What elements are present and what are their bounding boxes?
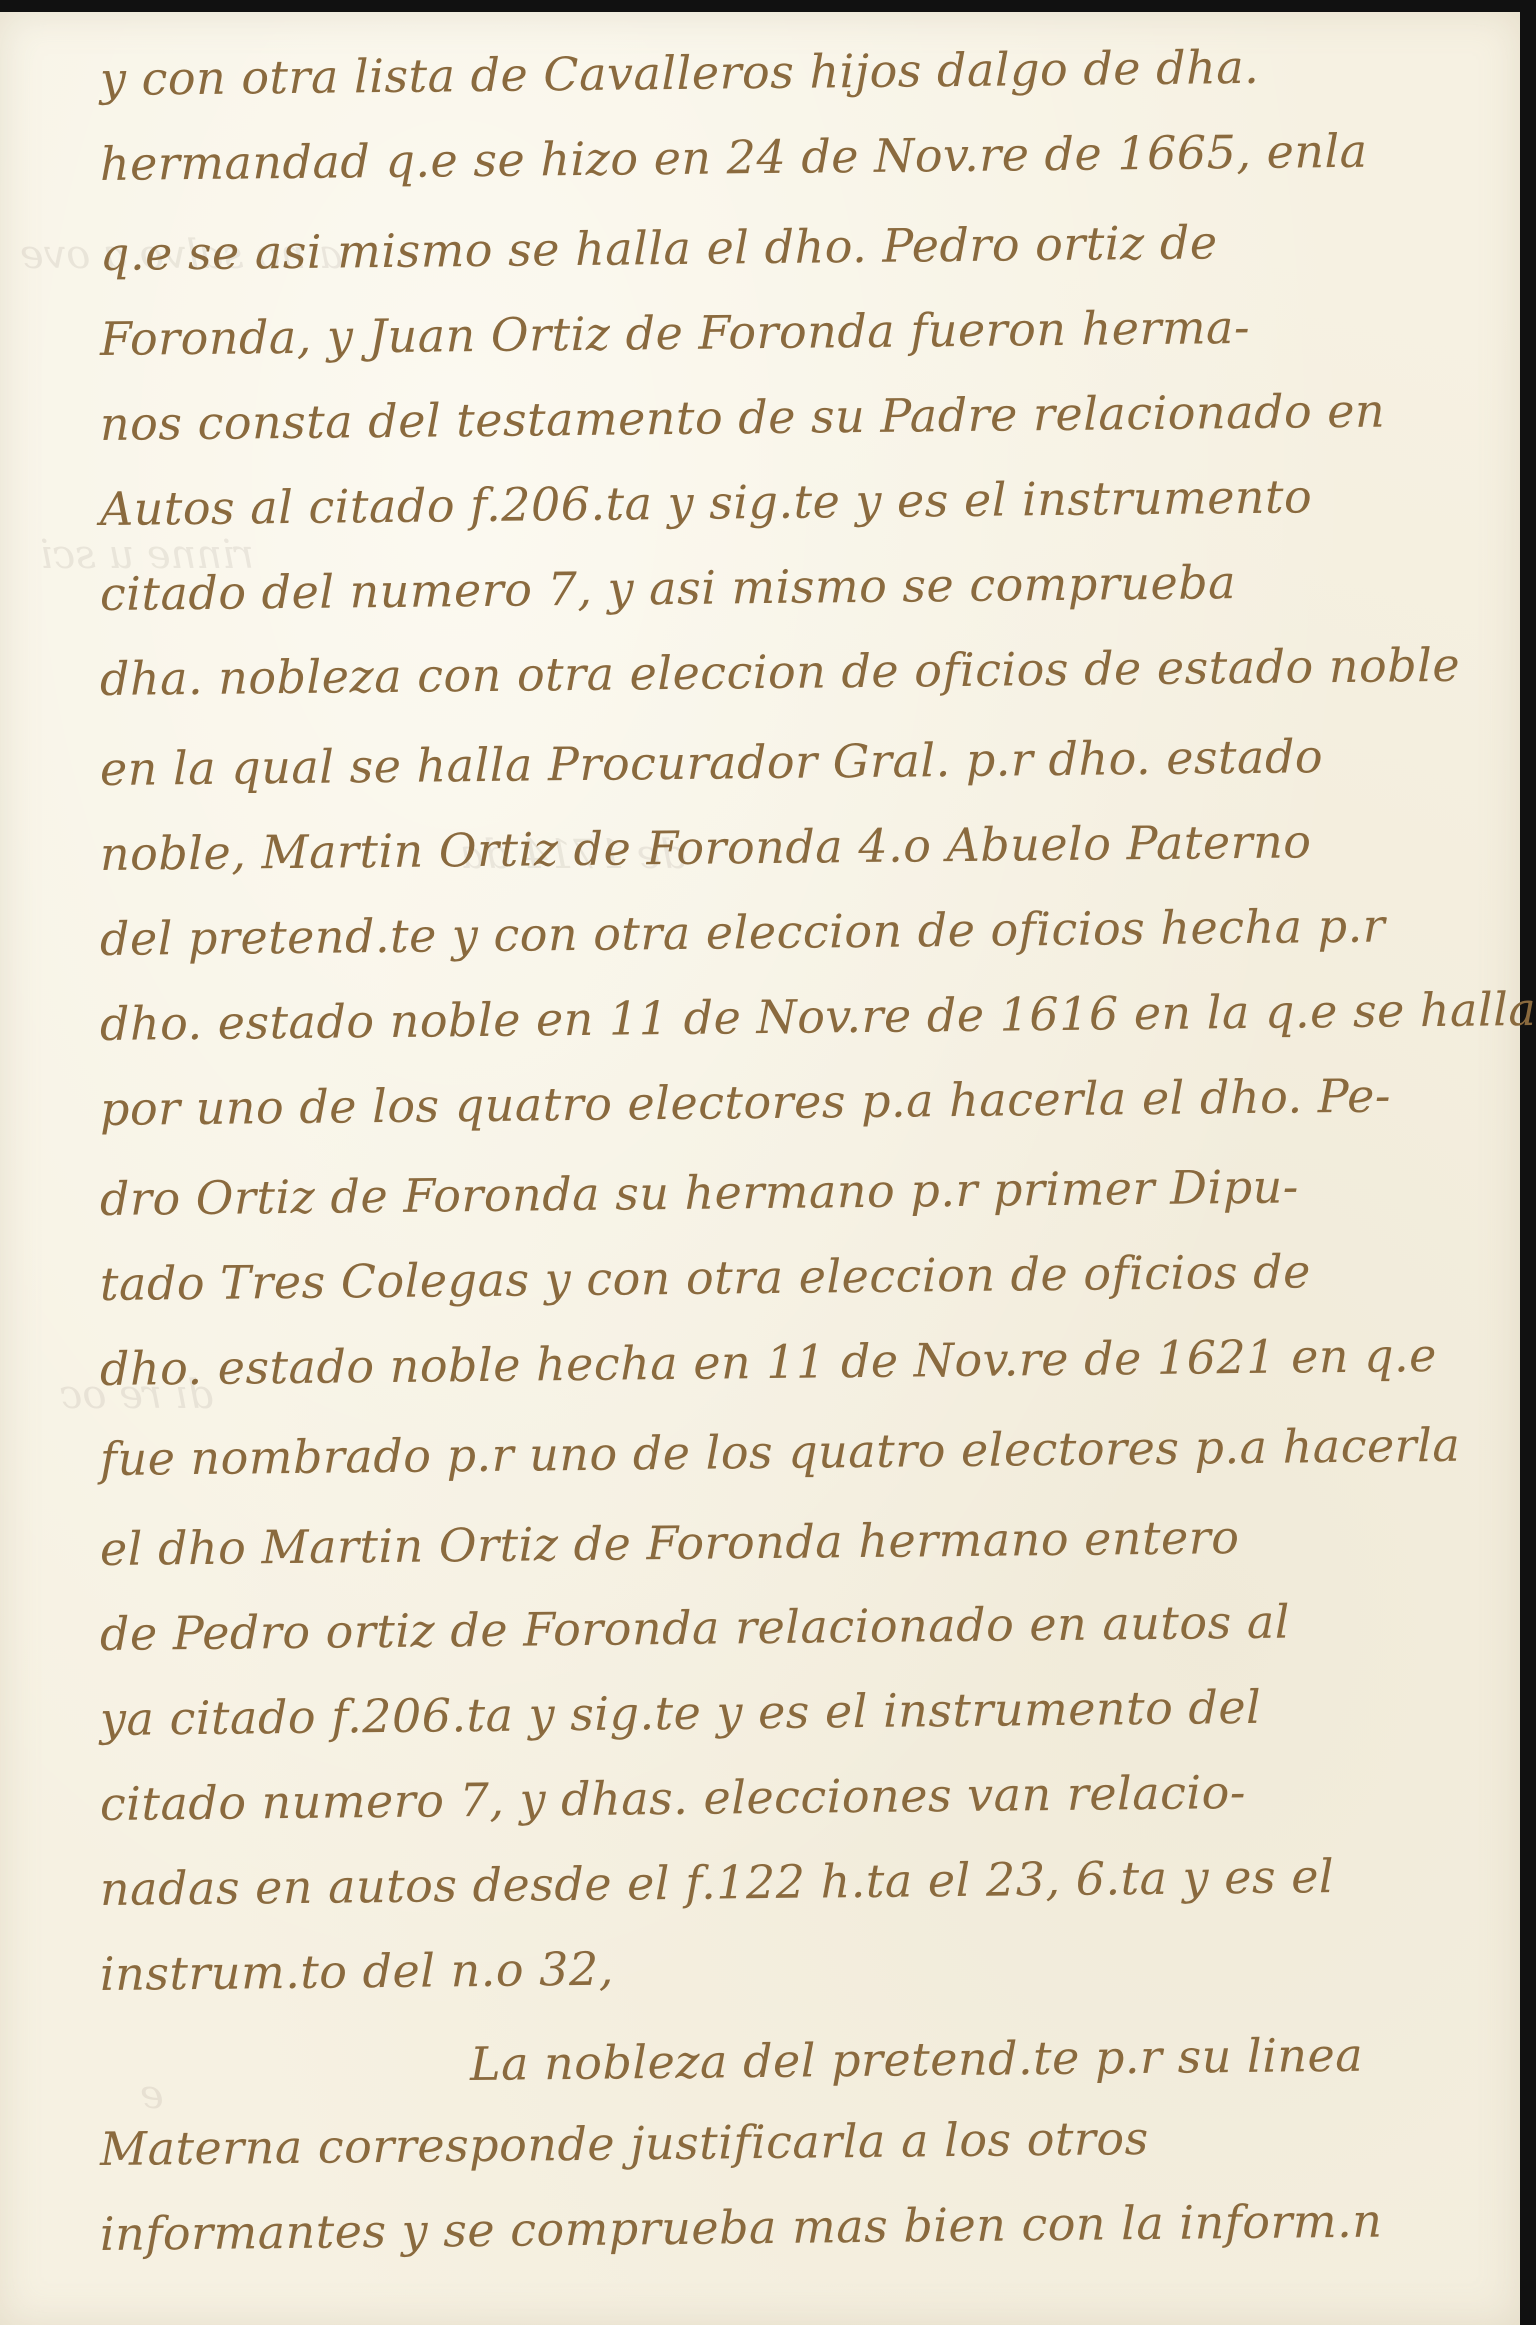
text-line-23: instrum.to del n.o 32, xyxy=(100,1942,614,2001)
text-line-1: y con otra lista de Cavalleros hijos dal… xyxy=(100,40,1260,106)
text-line-3: q.e se asi mismo se halla el dho. Pedro … xyxy=(100,215,1218,281)
text-line-25: Materna corresponde justificarla a los o… xyxy=(100,2111,1149,2176)
text-line-5: nos consta del testamento de su Padre re… xyxy=(100,384,1386,451)
text-line-7: citado del numero 7, y asi mismo se comp… xyxy=(100,555,1237,621)
text-line-9: en la qual se halla Procurador Gral. p.r… xyxy=(100,729,1324,796)
text-line-14: dro Ortiz de Foronda su hermano p.r prim… xyxy=(100,1159,1299,1226)
text-line-24: La nobleza del pretend.te p.r su linea xyxy=(470,2028,1364,2091)
text-line-19: de Pedro ortiz de Foronda relacionado en… xyxy=(100,1595,1290,1661)
text-line-12: dho. estado noble en 11 de Nov.re de 161… xyxy=(100,982,1536,1051)
text-line-4: Foronda, y Juan Ortiz de Foronda fueron … xyxy=(100,300,1251,366)
text-line-2: hermandad q.e se hizo en 24 de Nov.re de… xyxy=(100,124,1368,191)
text-line-13: por uno de los quatro electores p.a hace… xyxy=(100,1068,1391,1136)
manuscript-page: a no salvo a ove rinne u sci de 1714 da … xyxy=(0,12,1520,2325)
text-line-15: tado Tres Colegas y con otra eleccion de… xyxy=(100,1244,1311,1311)
text-line-22: nadas en autos desde el f.122 h.ta el 23… xyxy=(100,1849,1335,1916)
text-line-6: Autos al citado f.206.ta y sig.te y es e… xyxy=(100,469,1313,536)
text-line-21: citado numero 7, y dhas. elecciones van … xyxy=(100,1765,1246,1831)
text-line-10: noble, Martin Ortiz de Foronda 4.o Abuel… xyxy=(100,814,1312,881)
text-line-17: fue nombrado p.r uno de los quatro elect… xyxy=(100,1418,1461,1486)
text-line-16: dho. estado noble hecha en 11 de Nov.re … xyxy=(100,1328,1437,1396)
text-line-26: informantes y se comprueba mas bien con … xyxy=(100,2194,1383,2261)
text-line-8: dha. nobleza con otra eleccion de oficio… xyxy=(100,638,1461,706)
text-line-18: el dho Martin Ortiz de Foronda hermano e… xyxy=(100,1510,1240,1576)
text-line-11: del pretend.te y con otra eleccion de of… xyxy=(100,899,1386,966)
text-line-20: ya citado f.206.ta y sig.te y es el inst… xyxy=(100,1680,1262,1746)
